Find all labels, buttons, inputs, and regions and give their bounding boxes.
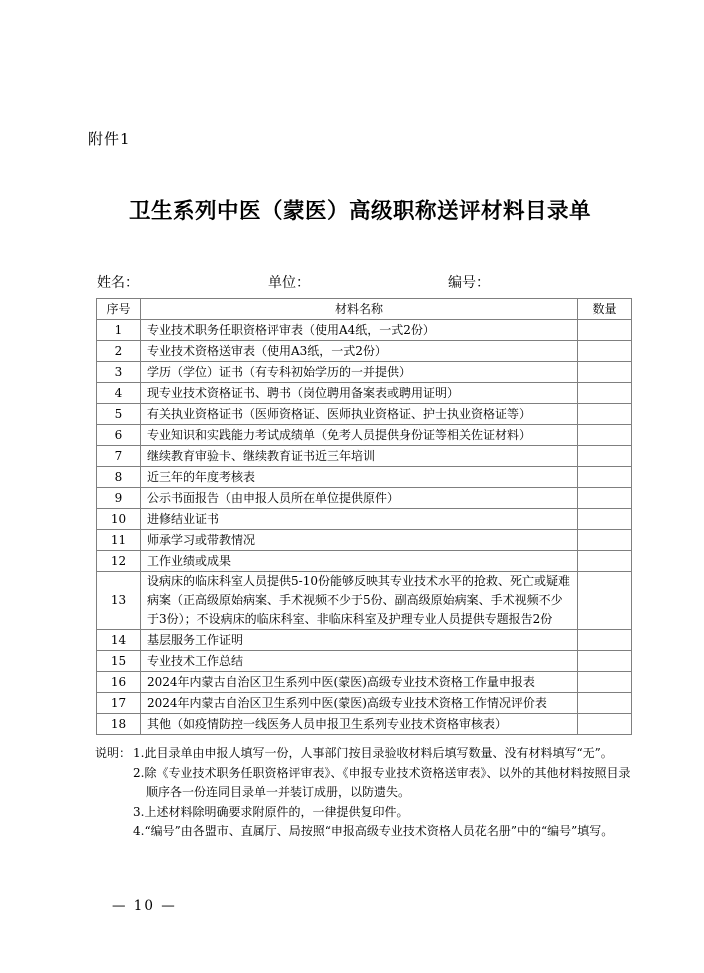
row-number-cell: 13 — [97, 572, 141, 630]
row-quantity-cell — [578, 341, 632, 362]
row-quantity-cell — [578, 467, 632, 488]
row-name-cell: 有关执业资格证书（医师资格证、医师执业资格证、护士执业资格证等） — [141, 404, 578, 425]
materials-table-body: 1专业技术职务任职资格评审表（使用A4纸，一式2份）2专业技术资格送审表（使用A… — [97, 320, 632, 735]
row-name-cell: 公示书面报告（由申报人员所在单位提供原件） — [141, 488, 578, 509]
row-name-cell: 专业技术资格送审表（使用A3纸，一式2份） — [141, 341, 578, 362]
table-header-row: 序号 材料名称 数量 — [97, 299, 632, 320]
row-quantity-cell — [578, 672, 632, 693]
header-fields-row: 姓名： 单位： 编号： — [96, 272, 632, 294]
row-quantity-cell — [578, 551, 632, 572]
header-number-cell: 序号 — [97, 299, 141, 320]
note-item: 4.“编号”由各盟市、直属厅、局按照“申报高级专业技术资格人员花名册”中的“编号… — [133, 822, 635, 842]
row-quantity-cell — [578, 320, 632, 341]
row-name-cell: 继续教育审验卡、继续教育证书近三年培训 — [141, 446, 578, 467]
notes-list: 1.此目录单由申报人填写一份，人事部门按目录验收材料后填写数量、没有材料填写“无… — [133, 744, 635, 842]
row-name-cell: 2024年内蒙古自治区卫生系列中医(蒙医)高级专业技术资格工作情况评价表 — [141, 693, 578, 714]
table-row: 13设病床的临床科室人员提供5-10份能够反映其专业技术水平的抢救、死亡或疑难病… — [97, 572, 632, 630]
row-name-cell: 2024年内蒙古自治区卫生系列中医(蒙医)高级专业技术资格工作量申报表 — [141, 672, 578, 693]
row-name-cell: 进修结业证书 — [141, 509, 578, 530]
table-row: 172024年内蒙古自治区卫生系列中医(蒙医)高级专业技术资格工作情况评价表 — [97, 693, 632, 714]
row-quantity-cell — [578, 425, 632, 446]
row-number-cell: 12 — [97, 551, 141, 572]
row-name-cell: 近三年的年度考核表 — [141, 467, 578, 488]
row-number-cell: 5 — [97, 404, 141, 425]
table-row: 18其他（如疫情防控一线医务人员申报卫生系列专业技术资格审核表） — [97, 714, 632, 735]
attachment-label: 附件1 — [88, 128, 131, 149]
row-quantity-cell — [578, 651, 632, 672]
row-number-cell: 14 — [97, 630, 141, 651]
unit-field-label: 单位： — [268, 272, 310, 292]
table-row: 5有关执业资格证书（医师资格证、医师执业资格证、护士执业资格证等） — [97, 404, 632, 425]
row-name-cell: 工作业绩或成果 — [141, 551, 578, 572]
table-row: 162024年内蒙古自治区卫生系列中医(蒙医)高级专业技术资格工作量申报表 — [97, 672, 632, 693]
notes-label: 说明： — [95, 744, 133, 764]
row-quantity-cell — [578, 446, 632, 467]
row-number-cell: 8 — [97, 467, 141, 488]
table-row: 8近三年的年度考核表 — [97, 467, 632, 488]
note-item: 2.除《专业技术职务任职资格评审表》、《申报专业技术资格送审表》、以外的其他材料… — [133, 764, 635, 803]
row-name-cell: 基层服务工作证明 — [141, 630, 578, 651]
page-number: — 10 — — [112, 898, 177, 914]
table-row: 1专业技术职务任职资格评审表（使用A4纸，一式2份） — [97, 320, 632, 341]
row-number-cell: 15 — [97, 651, 141, 672]
row-name-cell: 专业知识和实践能力考试成绩单（免考人员提供身份证等相关佐证材料） — [141, 425, 578, 446]
note-item: 1.此目录单由申报人填写一份，人事部门按目录验收材料后填写数量、没有材料填写“无… — [133, 744, 635, 764]
row-quantity-cell — [578, 488, 632, 509]
row-number-cell: 18 — [97, 714, 141, 735]
row-name-cell: 学历（学位）证书（有专科初始学历的一并提供） — [141, 362, 578, 383]
page-title: 卫生系列中医（蒙医）高级职称送评材料目录单 — [90, 194, 630, 225]
row-quantity-cell — [578, 572, 632, 630]
row-number-cell: 11 — [97, 530, 141, 551]
row-quantity-cell — [578, 630, 632, 651]
notes-section: 说明： 1.此目录单由申报人填写一份，人事部门按目录验收材料后填写数量、没有材料… — [95, 744, 635, 842]
table-row: 14基层服务工作证明 — [97, 630, 632, 651]
materials-table: 序号 材料名称 数量 1专业技术职务任职资格评审表（使用A4纸，一式2份）2专业… — [96, 298, 632, 735]
row-quantity-cell — [578, 693, 632, 714]
row-number-cell: 4 — [97, 383, 141, 404]
row-quantity-cell — [578, 714, 632, 735]
table-row: 9公示书面报告（由申报人员所在单位提供原件） — [97, 488, 632, 509]
header-name-cell: 材料名称 — [141, 299, 578, 320]
document-page: 附件1 卫生系列中医（蒙医）高级职称送评材料目录单 姓名： 单位： 编号： 序号… — [0, 0, 704, 973]
row-number-cell: 17 — [97, 693, 141, 714]
row-quantity-cell — [578, 383, 632, 404]
table-row: 2专业技术资格送审表（使用A3纸，一式2份） — [97, 341, 632, 362]
table-row: 10进修结业证书 — [97, 509, 632, 530]
table-row: 15专业技术工作总结 — [97, 651, 632, 672]
row-name-cell: 师承学习或带教情况 — [141, 530, 578, 551]
table-row: 11师承学习或带教情况 — [97, 530, 632, 551]
row-name-cell: 专业技术职务任职资格评审表（使用A4纸，一式2份） — [141, 320, 578, 341]
header-quantity-cell: 数量 — [578, 299, 632, 320]
name-field-label: 姓名： — [97, 272, 139, 292]
row-name-cell: 其他（如疫情防控一线医务人员申报卫生系列专业技术资格审核表） — [141, 714, 578, 735]
table-row: 12工作业绩或成果 — [97, 551, 632, 572]
row-quantity-cell — [578, 509, 632, 530]
row-number-cell: 7 — [97, 446, 141, 467]
row-number-cell: 1 — [97, 320, 141, 341]
row-number-cell: 6 — [97, 425, 141, 446]
row-number-cell: 10 — [97, 509, 141, 530]
row-number-cell: 16 — [97, 672, 141, 693]
table-row: 6专业知识和实践能力考试成绩单（免考人员提供身份证等相关佐证材料） — [97, 425, 632, 446]
materials-table-container: 序号 材料名称 数量 1专业技术职务任职资格评审表（使用A4纸，一式2份）2专业… — [96, 298, 632, 735]
row-quantity-cell — [578, 404, 632, 425]
row-number-cell: 9 — [97, 488, 141, 509]
row-quantity-cell — [578, 530, 632, 551]
note-item: 3.上述材料除明确要求附原件的，一律提供复印件。 — [133, 803, 635, 823]
row-number-cell: 2 — [97, 341, 141, 362]
table-row: 4现专业技术资格证书、聘书（岗位聘用备案表或聘用证明） — [97, 383, 632, 404]
row-name-cell: 现专业技术资格证书、聘书（岗位聘用备案表或聘用证明） — [141, 383, 578, 404]
table-row: 7继续教育审验卡、继续教育证书近三年培训 — [97, 446, 632, 467]
row-name-cell: 专业技术工作总结 — [141, 651, 578, 672]
table-row: 3学历（学位）证书（有专科初始学历的一并提供） — [97, 362, 632, 383]
row-name-cell: 设病床的临床科室人员提供5-10份能够反映其专业技术水平的抢救、死亡或疑难病案（… — [141, 572, 578, 630]
code-field-label: 编号： — [448, 272, 490, 292]
row-quantity-cell — [578, 362, 632, 383]
row-number-cell: 3 — [97, 362, 141, 383]
